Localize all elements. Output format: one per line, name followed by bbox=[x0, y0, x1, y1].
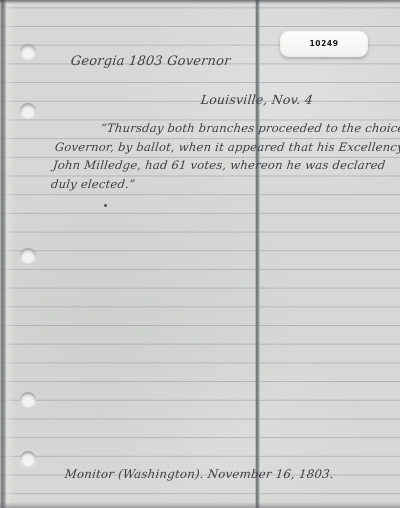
dateline: Louisville, Nov. 4 bbox=[200, 92, 314, 107]
quote-line: Governor, by ballot, when it appeared th… bbox=[54, 138, 400, 157]
punch-hole bbox=[20, 103, 36, 118]
quote-line: “Thursday both branches proceeded to the… bbox=[56, 119, 400, 138]
paper-edge-top bbox=[0, 0, 400, 4]
ruled-lines bbox=[0, 0, 400, 508]
note-title: Georgia 1803 Governor bbox=[70, 54, 231, 69]
punch-hole bbox=[20, 248, 36, 263]
punch-hole bbox=[20, 392, 36, 407]
paper-edge-left bbox=[0, 0, 16, 508]
source-citation: Monitor (Washington). November 16, 1803. bbox=[64, 467, 335, 481]
punch-hole bbox=[20, 451, 36, 466]
quote-line: duly elected.” bbox=[50, 175, 400, 194]
punch-hole bbox=[20, 44, 36, 59]
quote-body: “Thursday both branches proceeded to the… bbox=[50, 119, 400, 194]
quote-line: John Milledge, had 61 votes, whereon he … bbox=[52, 156, 400, 175]
paper-edge-bottom bbox=[0, 502, 400, 508]
archive-number: 10249 bbox=[280, 39, 368, 48]
binder-crease-line bbox=[255, 0, 260, 508]
stray-ink-dot bbox=[104, 204, 107, 207]
archive-sticker: 10249 bbox=[280, 31, 368, 57]
scanned-notebook-page: 10249 Georgia 1803 Governor Louisville, … bbox=[0, 0, 400, 508]
